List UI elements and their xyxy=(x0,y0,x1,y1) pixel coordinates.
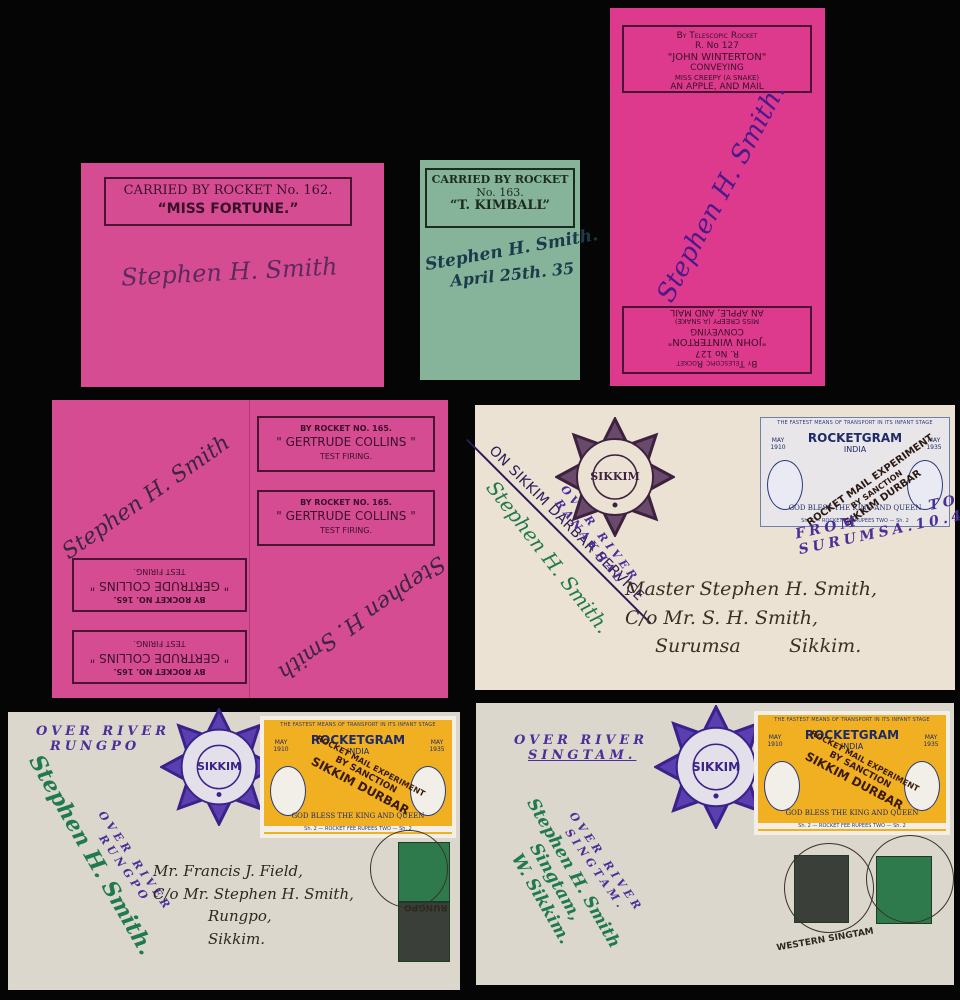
fold-line xyxy=(249,400,250,698)
label-text-box-top: By Telescopic Rocket R. No 127 "JOHN WIN… xyxy=(622,25,812,93)
rocket-mail-star-cachet: SIKKIM xyxy=(555,417,675,537)
label-t-kimball: CARRIED BY ROCKET No. 163. “T. KIMBALL” … xyxy=(420,160,580,380)
label-gertrude-collins: BY ROCKET NO. 165. " GERTRUDE COLLINS " … xyxy=(52,400,448,698)
signature: Stephen H. Smith. xyxy=(651,79,792,308)
king-portrait xyxy=(767,460,803,510)
king-portrait xyxy=(764,761,800,811)
postmark xyxy=(866,835,954,923)
label-miss-fortune: CARRIED BY ROCKET No. 162. “MISS FORTUNE… xyxy=(81,163,384,387)
rocketgram-stamp: THE FASTEST MEANS OF TRANSPORT IN ITS IN… xyxy=(260,716,456,838)
signature: Stephen H. Smith xyxy=(58,430,235,564)
rocketgram-stamp: THE FASTEST MEANS OF TRANSPORT IN ITS IN… xyxy=(754,711,950,835)
label-text-box-bottom-inverted: By Telescopic Rocket R. No 127 "JOHN WIN… xyxy=(622,306,812,374)
signature: Stephen H. Smith xyxy=(120,252,338,291)
label-john-winterton: By Telescopic Rocket R. No 127 "JOHN WIN… xyxy=(610,8,825,386)
over-river-cachet: OVER RIVER RUNGPO xyxy=(36,724,170,754)
cover-ranakhal: ON SIKKIM DARBAR SERVICE OVER RIVER RANA… xyxy=(475,405,955,690)
over-river-cachet: OVER RIVER SINGTAM. xyxy=(514,733,648,763)
label-text-box-inverted: BY ROCKET NO. 165. " GERTRUDE COLLINS " … xyxy=(72,630,247,684)
postmark xyxy=(784,843,874,933)
postmark xyxy=(370,830,448,908)
king-portrait xyxy=(270,766,306,816)
cover-singtam: OVER RIVER SINGTAM. OVER RIVER SINGTAM. … xyxy=(476,703,954,985)
address: Mr. Francis J. Field, C/o Mr. Stephen H.… xyxy=(153,860,354,950)
cover-rungpo: OVER RIVER RUNGPO OVER RIVER RUNGPO Step… xyxy=(8,712,460,990)
signature-inverted: Stephen H. Smith xyxy=(273,550,450,684)
label-text-box: CARRIED BY ROCKET No. 162. “MISS FORTUNE… xyxy=(104,177,352,226)
address: Master Stephen H. Smith, C/o Mr. S. H. S… xyxy=(625,575,877,661)
label-text-box: BY ROCKET NO. 165. " GERTRUDE COLLINS " … xyxy=(257,490,435,546)
label-text-box: CARRIED BY ROCKET No. 163. “T. KIMBALL” xyxy=(425,168,575,228)
label-text-box: BY ROCKET NO. 165. " GERTRUDE COLLINS " … xyxy=(257,416,435,472)
label-text-box-inverted: BY ROCKET NO. 165. " GERTRUDE COLLINS " … xyxy=(72,558,247,612)
